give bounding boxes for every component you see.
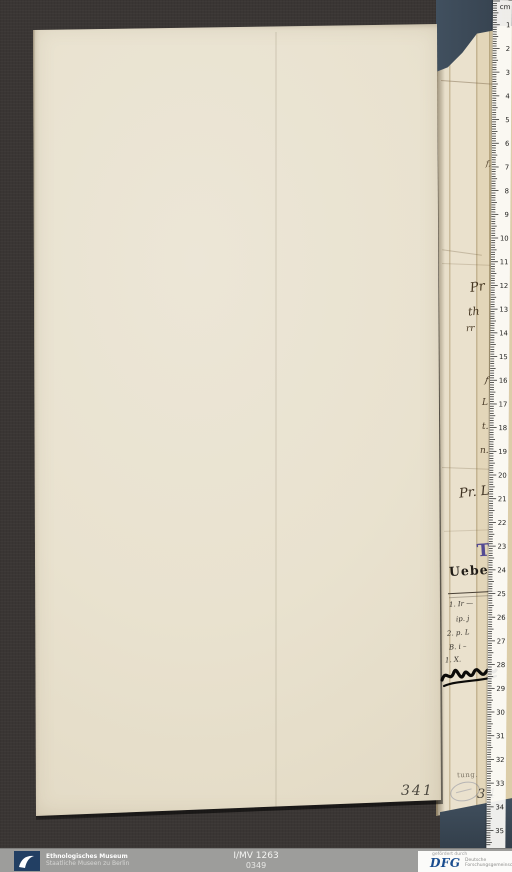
ruler-label: 4	[505, 92, 509, 100]
handwriting-fragment: B. i –	[449, 642, 467, 651]
ruler-label: 2	[506, 45, 510, 53]
handwriting-fragment: Pr. L	[458, 483, 490, 501]
handwriting-fragment: Pr	[469, 279, 486, 296]
ruler-label: 12	[500, 282, 509, 290]
handwriting-fragment: 2. p. L	[447, 628, 470, 638]
dfg-logo: gefördert durch DFG Deutsche Forschungsg…	[418, 851, 512, 872]
footer-bar: Ethnologisches Museum Staatliche Museen …	[0, 848, 512, 872]
ruler-label: 35	[495, 827, 504, 835]
ruler-label: 23	[498, 543, 507, 551]
document-page	[33, 24, 441, 816]
ruler-label: 5	[505, 116, 509, 124]
ruler-label: 32	[496, 756, 505, 764]
ruler-label: 17	[499, 400, 508, 408]
ruler-label: 19	[498, 448, 507, 456]
handwriting-fragment: n.	[480, 446, 489, 456]
ruler-label: 33	[496, 780, 505, 788]
ruler-label: 16	[499, 377, 508, 385]
print-fragment: tung.	[457, 771, 478, 780]
ruler-label: 26	[497, 614, 506, 622]
scanned-archive-page: T Uebe f,PrthrrfLt.n.Pr. L1. Ir —ip. j2.…	[0, 0, 512, 872]
fraktur-heading-fragment: Uebe	[449, 562, 489, 579]
ruler-label: cm	[500, 3, 511, 11]
ruler-label: 6	[505, 140, 509, 148]
ruler-label: 3	[506, 69, 510, 77]
ruler-label: 10	[500, 235, 509, 243]
ruler-label: 1	[506, 21, 510, 29]
ruler-label: 13	[499, 306, 508, 314]
ruler-label: 27	[497, 637, 506, 645]
dfg-name-line2: Forschungsgemeinschaft	[465, 863, 512, 868]
handwriting-fragment: t.	[482, 422, 488, 432]
ruler-label: 14	[499, 329, 508, 337]
handwriting-fragment: ip. j	[456, 615, 470, 624]
ruler-label: 7	[505, 163, 509, 171]
page-crease	[275, 32, 277, 812]
ruler-label: 18	[498, 424, 507, 432]
handwriting-fragment: th	[467, 305, 480, 319]
ruler-label: 21	[498, 495, 507, 503]
ruler-label: 8	[505, 187, 509, 195]
ruler-label: 25	[497, 590, 506, 598]
dfg-acronym: DFG	[430, 856, 461, 870]
ruler-label: 20	[498, 472, 507, 480]
paper-edge-line	[442, 263, 496, 266]
ruler-label: 31	[496, 732, 505, 740]
ruler-label: 22	[498, 519, 507, 527]
pencil-page-number: 341	[401, 783, 434, 799]
ruler-label: 30	[496, 709, 505, 717]
handwriting-fragment: 1. Ir —	[449, 599, 474, 609]
dfg-name: Deutsche Forschungsgemeinschaft	[465, 858, 512, 868]
paper-edge-line	[442, 467, 496, 470]
ruler-label: 9	[504, 211, 508, 219]
paper-edge-line	[442, 249, 482, 256]
ruler-label: 15	[499, 353, 508, 361]
ruler-label: 11	[500, 258, 509, 266]
ruler-label: 29	[496, 685, 505, 693]
handwriting-fragment: L	[482, 398, 488, 408]
handwriting-fragment: rr	[466, 324, 475, 334]
ruler-label: 28	[497, 661, 506, 669]
paper-edge-line	[441, 80, 497, 85]
ruler-label: 24	[497, 566, 506, 574]
ruler-label: 34	[495, 803, 504, 811]
